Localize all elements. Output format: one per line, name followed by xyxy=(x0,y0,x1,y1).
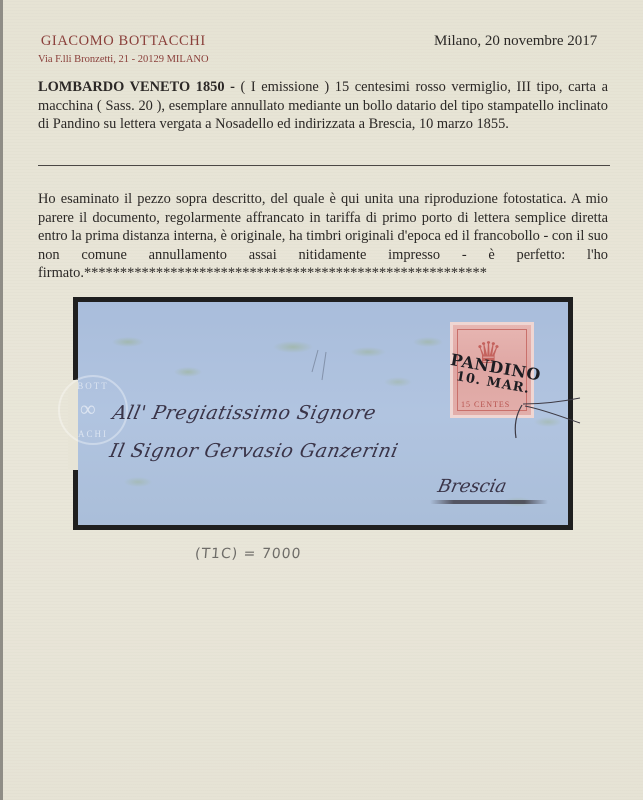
pen-strokes xyxy=(0,0,643,800)
underline-flourish xyxy=(430,500,548,504)
address-line-1: All' Pregiatissimo Signore xyxy=(111,402,379,424)
address-line-2: Il Signor Gervasio Ganzerini xyxy=(108,440,401,462)
pencil-note: (T1C) = 7000 xyxy=(194,546,302,562)
address-line-3: Brescia xyxy=(436,476,509,497)
certificate-page: GIACOMO BOTTACCHI Via F.lli Bronzetti, 2… xyxy=(0,0,643,800)
